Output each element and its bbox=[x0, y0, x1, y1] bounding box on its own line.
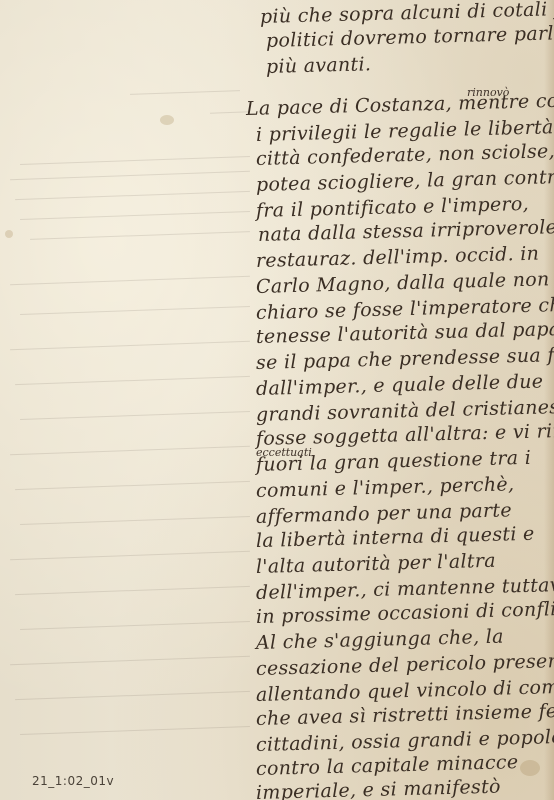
text-line: la libertà interna di questi e bbox=[256, 523, 535, 552]
text-line: La pace di Costanza, mentre confermò bbox=[246, 88, 554, 120]
text-line: imperiale, e si manifestò bbox=[256, 776, 501, 800]
text-line: Al che s'aggiunga che, la bbox=[256, 626, 504, 654]
shelfmark-label: 21_1:02_01v bbox=[32, 774, 114, 788]
text-line: comuni e l'imper., perchè, bbox=[256, 473, 515, 502]
text-line: più avanti. bbox=[266, 53, 372, 78]
text-line: se il papa che prendesse sua forza bbox=[256, 343, 554, 374]
text-line: dall'imper., e quale delle due bbox=[256, 370, 544, 400]
text-line: potea sciogliere, la gran controversia bbox=[256, 164, 554, 196]
bleed-through-text bbox=[0, 0, 260, 800]
text-line: restauraz. dell'imp. occid. in bbox=[256, 243, 540, 272]
text-line: cessazione del pericolo presente bbox=[256, 650, 554, 680]
text-line: l'alta autorità per l'altra bbox=[256, 550, 496, 578]
manuscript-page: più che sopra alcuni di cotali forme pol… bbox=[0, 0, 554, 800]
